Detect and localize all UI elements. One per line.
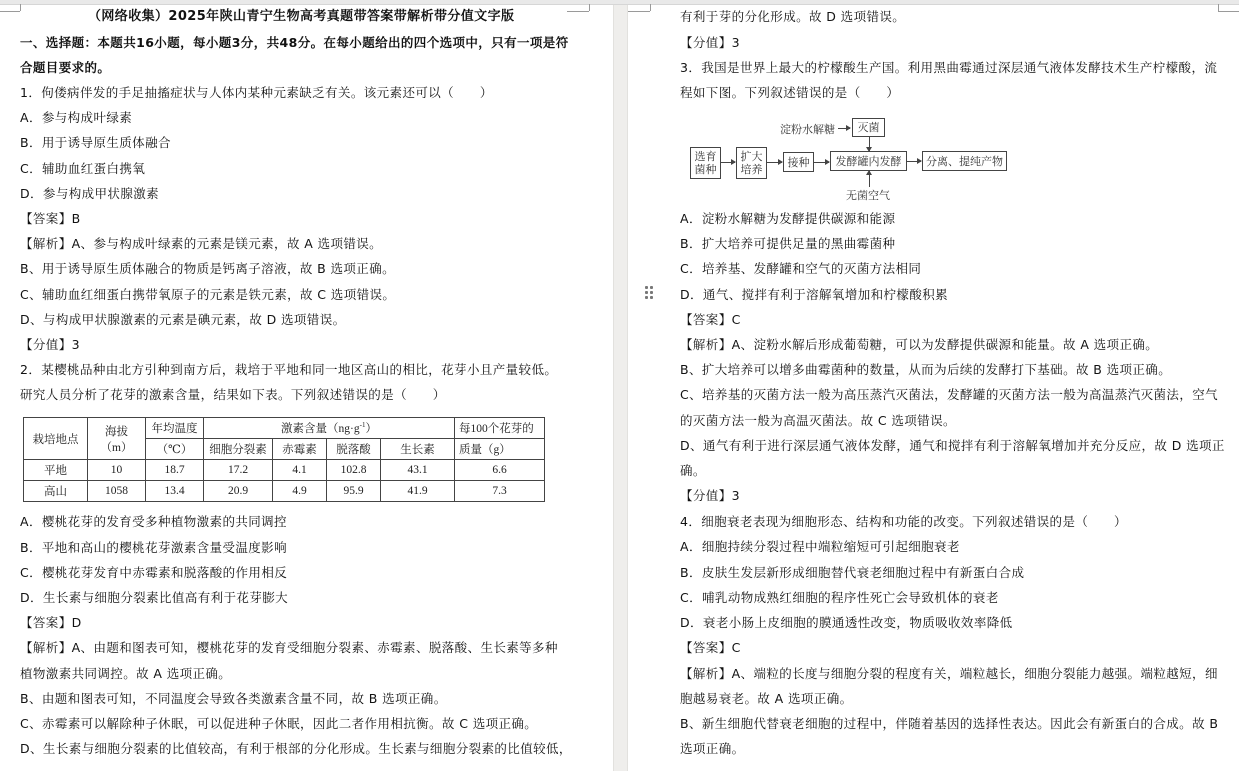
q1-analysis-b: B、用于诱导原生质体融合的物质是钙离子溶液，故 B 选项正确。 xyxy=(20,261,395,277)
table-row: 平地 10 18.7 17.2 4.1 102.8 43.1 6.6 xyxy=(24,460,545,481)
header-temp-unit: （℃） xyxy=(146,439,204,460)
cell: 7.3 xyxy=(455,481,545,502)
q1-answer: 【答案】B xyxy=(20,211,81,227)
q3-option-c: C．培养基、发酵罐和空气的灭菌方法相同 xyxy=(680,261,921,277)
q4-option-c: C．哺乳动物成熟红细胞的程序性死亡会导致机体的衰老 xyxy=(680,590,999,606)
cell: 4.1 xyxy=(273,460,327,481)
box-ferment: 发酵罐内发酵 xyxy=(830,151,907,171)
cell: 18.7 xyxy=(146,460,204,481)
q2-analysis-d: D、生长素与细胞分裂素的比值较高，有利于根部的分化形成。生长素与细胞分裂素的比值… xyxy=(20,741,572,757)
margin-mark xyxy=(567,11,589,12)
citric-acid-flow-diagram: 淀粉水解糖 灭菌 选育菌种 扩大培养 接种 发酵罐内发酵 分离、提纯产物 无菌空… xyxy=(683,113,1013,203)
header-weight-unit: 质量（g） xyxy=(455,439,545,460)
q1-analysis-c: C、辅助血红细蛋白携带氧原子的元素是铁元素，故 C 选项错误。 xyxy=(20,287,395,303)
table-row: 高山 1058 13.4 20.9 4.9 95.9 41.9 7.3 xyxy=(24,481,545,502)
cell: 10 xyxy=(88,460,146,481)
q3-analysis-d: D、通气有利于进行深层通气液体发酵，通气和搅拌有利于溶解氧增加并充分反应，故 D… xyxy=(680,438,1225,454)
q1-option-a: A．参与构成叶绿素 xyxy=(20,110,132,126)
q4-analysis-a-cont: 胞越易衰老。故 A 选项正确。 xyxy=(680,691,853,707)
arrow xyxy=(907,161,921,162)
margin-mark xyxy=(1218,4,1219,11)
q2-stem-cont: 研究人员分析了花芽的激素含量，结果如下表。下列叙述错误的是（ ） xyxy=(20,387,446,403)
q2-answer: 【答案】D xyxy=(20,615,82,631)
q3-analysis-c-cont: 的灭菌方法一般为高温灭菌法。故 C 选项错误。 xyxy=(680,413,956,429)
section-heading-cont: 合题目要求的。 xyxy=(20,60,110,76)
q3-score: 【分值】3 xyxy=(680,488,740,504)
cell: 高山 xyxy=(24,481,88,502)
q1-analysis-a: 【解析】A、参与构成叶绿素的元素是镁元素，故 A 选项错误。 xyxy=(20,236,382,252)
cell: 17.2 xyxy=(204,460,273,481)
header-altitude: 海拔（m） xyxy=(88,418,146,460)
q3-option-b: B．扩大培养可提供足量的黑曲霉菌种 xyxy=(680,236,895,252)
q4-stem: 4．细胞衰老表现为细胞形态、结构和功能的改变。下列叙述错误的是（ ） xyxy=(680,514,1127,530)
arrow xyxy=(838,128,850,129)
cell: 6.6 xyxy=(455,460,545,481)
q2-option-a: A．樱桃花芽的发育受多种植物激素的共同调控 xyxy=(20,514,287,530)
q4-analysis-b: B、新生细胞代替衰老细胞的过程中，伴随着基因的选择性表达。因此会有新蛋白的合成。… xyxy=(680,716,1218,732)
q2-analysis-c: C、赤霉素可以解除种子休眠，可以促进种子休眠，因此二者作用相抗衡。故 C 选项正… xyxy=(20,716,537,732)
header-hormone: 激素含量（ng·g-1） xyxy=(204,418,455,439)
document-title: （网络收集）2025年陕山青宁生物高考真题带答案带解析带分值文字版 xyxy=(88,9,514,25)
q2-option-c: C．樱桃花芽发育中赤霉素和脱落酸的作用相反 xyxy=(20,565,287,581)
box-select-strain: 选育菌种 xyxy=(690,147,721,179)
q4-answer: 【答案】C xyxy=(680,640,741,656)
q2-option-b: B．平地和高山的樱桃花芽激素含量受温度影响 xyxy=(20,540,287,556)
margin-mark xyxy=(628,11,650,12)
box-sterilize: 灭菌 xyxy=(852,118,885,137)
arrow xyxy=(814,162,829,163)
q4-analysis-b-cont: 选项正确。 xyxy=(680,741,745,757)
q3-option-d: D．通气、搅拌有利于溶解氧增加和柠檬酸积累 xyxy=(680,287,948,303)
margin-mark xyxy=(1218,11,1239,12)
q4-option-b: B．皮肤生发层新形成细胞替代衰老细胞过程中有新蛋白合成 xyxy=(680,565,1024,581)
q2-option-d: D．生长素与细胞分裂素比值高有利于花芽膨大 xyxy=(20,590,288,606)
margin-mark xyxy=(0,11,20,12)
header-auxin: 生长素 xyxy=(381,439,455,460)
cell: 95.9 xyxy=(327,481,381,502)
page-gutter xyxy=(613,5,628,771)
cell: 1058 xyxy=(88,481,146,502)
section-heading: 一、选择题：本题共16小题，每小题3分，共48分。在每小题给出的四个选项中，只有… xyxy=(20,35,569,51)
cell: 41.9 xyxy=(381,481,455,502)
q2-score: 【分值】3 xyxy=(680,35,740,51)
q3-option-a: A．淀粉水解糖为发酵提供碳源和能源 xyxy=(680,211,895,227)
label-sterile-air: 无菌空气 xyxy=(846,187,890,203)
q2-stem: 2．某樱桃品种由北方引种到南方后，栽培于平地和同一地区高山的相比，花芽小且产量较… xyxy=(20,362,557,378)
header-weight: 每100个花芽的 xyxy=(455,418,545,439)
hormone-table: 栽培地点 海拔（m） 年均温度 激素含量（ng·g-1） 每100个花芽的 （℃… xyxy=(23,417,545,502)
q1-option-d: D．参与构成甲状腺激素 xyxy=(20,186,159,202)
cell: 平地 xyxy=(24,460,88,481)
q2-analysis-b: B、由题和图表可知，不同温度会导致各类激素含量不同，故 B 选项正确。 xyxy=(20,691,447,707)
arrow xyxy=(869,171,870,187)
header-aba: 脱落酸 xyxy=(327,439,381,460)
q3-stem: 3．我国是世界上最大的柠檬酸生产国。利用黑曲霉通过深层通气液体发酵技术生产柠檬酸… xyxy=(680,60,1217,76)
q1-option-c: C．辅助血红蛋白携氧 xyxy=(20,161,145,177)
margin-mark xyxy=(20,4,21,11)
q3-analysis-c: C、培养基的灭菌方法一般为高压蒸汽灭菌法，发酵罐的灭菌方法一般为高温蒸汽灭菌法，… xyxy=(680,387,1218,403)
arrow xyxy=(869,137,870,151)
q3-answer: 【答案】C xyxy=(680,312,741,328)
label-starch: 淀粉水解糖 xyxy=(780,121,835,137)
q4-option-a: A．细胞持续分裂过程中端粒缩短可引起细胞衰老 xyxy=(680,539,960,555)
q1-option-b: B．用于诱导原生质体融合 xyxy=(20,135,171,151)
box-inoculate: 接种 xyxy=(783,152,814,172)
drag-handle-icon[interactable] xyxy=(645,286,655,300)
arrow xyxy=(767,162,782,163)
box-expand-culture: 扩大培养 xyxy=(736,147,767,179)
margin-mark xyxy=(589,4,590,11)
header-cytokinin: 细胞分裂素 xyxy=(204,439,273,460)
cell: 20.9 xyxy=(204,481,273,502)
cell: 43.1 xyxy=(381,460,455,481)
box-separate-purify: 分离、提纯产物 xyxy=(922,151,1007,171)
cell: 102.8 xyxy=(327,460,381,481)
q2-analysis-a: 【解析】A、由题和图表可知，樱桃花芽的发育受细胞分裂素、赤霉素、脱落酸、生长素等… xyxy=(20,640,558,656)
q4-option-d: D．衰老小肠上皮细胞的膜通透性改变，物质吸收效率降低 xyxy=(680,615,1013,631)
cell: 13.4 xyxy=(146,481,204,502)
header-gibberellin: 赤霉素 xyxy=(273,439,327,460)
q3-analysis-a: 【解析】A、淀粉水解后形成葡萄糖，可以为发酵提供碳源和能量。故 A 选项正确。 xyxy=(680,337,1158,353)
arrow xyxy=(721,162,735,163)
cell: 4.9 xyxy=(273,481,327,502)
q1-score: 【分值】3 xyxy=(20,337,80,353)
header-temp: 年均温度 xyxy=(146,418,204,439)
q4-analysis-a: 【解析】A、端粒的长度与细胞分裂的程度有关，端粒越长，细胞分裂能力越强。端粒越短… xyxy=(680,666,1218,682)
header-site: 栽培地点 xyxy=(24,418,88,460)
q3-stem-cont: 程如下图。下列叙述错误的是（ ） xyxy=(680,85,899,101)
q1-stem: 1．佝偻病伴发的手足抽搐症状与人体内某种元素缺乏有关。该元素还可以（ ） xyxy=(20,85,493,101)
q3-analysis-d-cont: 确。 xyxy=(680,463,706,479)
q2-analysis-d-cont: 有利于芽的分化形成。故 D 选项错误。 xyxy=(680,9,905,25)
q1-analysis-d: D、与构成甲状腺激素的元素是碘元素，故 D 选项错误。 xyxy=(20,312,346,328)
q3-analysis-b: B、扩大培养可以增多曲霉菌种的数量，从而为后续的发酵打下基础。故 B 选项正确。 xyxy=(680,362,1171,378)
q2-analysis-a-cont: 植物激素共同调控。故 A 选项正确。 xyxy=(20,666,231,682)
margin-mark xyxy=(650,4,651,11)
